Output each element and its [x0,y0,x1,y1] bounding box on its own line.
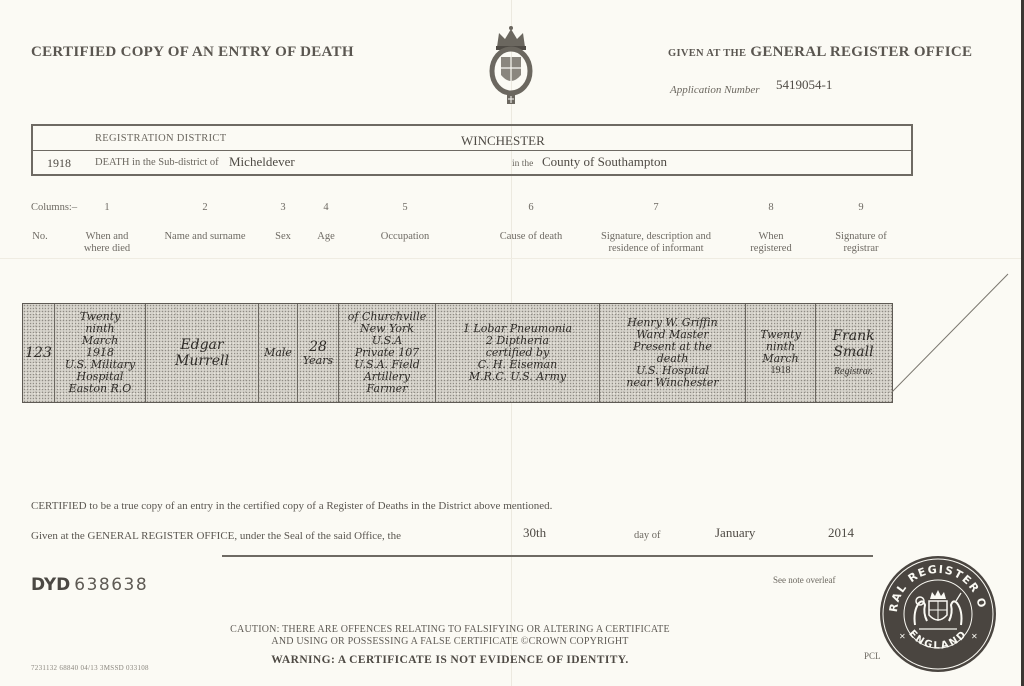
registration-district-value: WINCHESTER [461,133,545,149]
column-heading-sex: Sex [268,231,298,243]
certification-day: 30th [523,525,546,541]
column-heading-when-registered: When registered [741,231,801,255]
column-number-6: 6 [516,202,546,213]
caution-line-1: CAUTION: THERE ARE OFFENCES RELATING TO … [180,624,720,636]
entry-number: 123 [23,304,55,402]
column-number-2: 2 [190,202,220,213]
serial-prefix: DYD [31,575,70,595]
column-heading-no: No. [28,231,52,243]
county-value: County of Southampton [542,154,667,170]
general-register-office-seal-icon: GENERAL REGISTER OFFICE ENGLAND ✕ ✕ [879,555,997,673]
document-title: CERTIFIED COPY OF AN ENTRY OF DEATH [31,44,354,61]
registration-district-label: REGISTRATION DISTRICT [95,133,226,144]
subdistrict-label: DEATH in the Sub-district of [95,157,219,168]
columns-label: Columns:– [31,202,77,213]
signature-rule [222,555,873,557]
entry-occupation: of Churchville New York U.S.A Private 10… [339,304,436,402]
certificate-serial: DYD638638 [31,575,148,595]
given-under-seal-statement: Given at the GENERAL REGISTER OFFICE, un… [31,530,401,542]
subdistrict-value: Micheldever [229,154,295,170]
county-label: in the [512,159,533,169]
identity-warning: WARNING: A CERTIFICATE IS NOT EVIDENCE O… [180,654,720,666]
entry-sex: Male [259,304,298,402]
column-heading-cause: Cause of death [486,231,576,243]
entry-age: 28 Years [298,304,339,402]
svg-text:✕: ✕ [971,632,978,641]
registration-year: 1918 [47,156,71,171]
column-number-3: 3 [268,202,298,213]
entry-cause-of-death: 1 Lobar Pneumonia 2 Diptheria certified … [436,304,600,402]
royal-crest-icon [485,25,537,107]
caution-notice: CAUTION: THERE ARE OFFENCES RELATING TO … [180,624,720,648]
entry-when-registered: Twenty ninth March 1918 [746,304,816,402]
application-number-label: Application Number [670,84,760,96]
certification-month: January [715,525,755,541]
see-note-overleaf: See note overleaf [773,575,835,585]
given-at-office: GIVEN AT THE GENERAL REGISTER OFFICE [668,44,972,61]
death-entry-row: 123 Twenty ninth March 1918 U.S. Militar… [22,303,893,403]
given-at-label: GIVEN AT THE [668,48,746,59]
certification-year: 2014 [828,525,854,541]
serial-number: 638638 [74,575,148,595]
column-number-8: 8 [756,202,786,213]
column-heading-occupation: Occupation [370,231,440,243]
column-heading-when-where: When and where died [76,231,138,255]
column-number-1: 1 [92,202,122,213]
column-number-4: 4 [311,202,341,213]
fold-line-horizontal [0,258,1024,259]
column-heading-registrar: Signature of registrar [826,231,896,255]
day-of-label: day of [634,530,661,541]
print-code: 7231132 68840 04/13 3MSSD 033108 [31,664,149,672]
registration-district-box: REGISTRATION DISTRICT WINCHESTER 1918 DE… [31,124,913,176]
entry-when-where: Twenty ninth March 1918 U.S. Military Ho… [55,304,146,402]
divider [33,150,911,151]
office-name: GENERAL REGISTER OFFICE [750,44,972,60]
svg-text:✕: ✕ [899,632,906,641]
cancellation-stroke [890,272,1010,397]
column-number-9: 9 [846,202,876,213]
column-heading-informant: Signature, description and residence of … [593,231,719,255]
column-number-5: 5 [390,202,420,213]
entry-informant: Henry W. Griffin Ward Master Present at … [600,304,746,402]
certification-statement: CERTIFIED to be a true copy of an entry … [31,500,552,512]
column-heading-age: Age [311,231,341,243]
application-number: 5419054-1 [776,77,832,93]
column-number-7: 7 [641,202,671,213]
entry-name: Edgar Murrell [146,304,259,402]
entry-registrar-signature: Frank Small Registrar. [816,304,891,402]
column-heading-name: Name and surname [155,231,255,243]
caution-line-2: AND USING OR POSSESSING A FALSE CERTIFIC… [180,636,720,648]
